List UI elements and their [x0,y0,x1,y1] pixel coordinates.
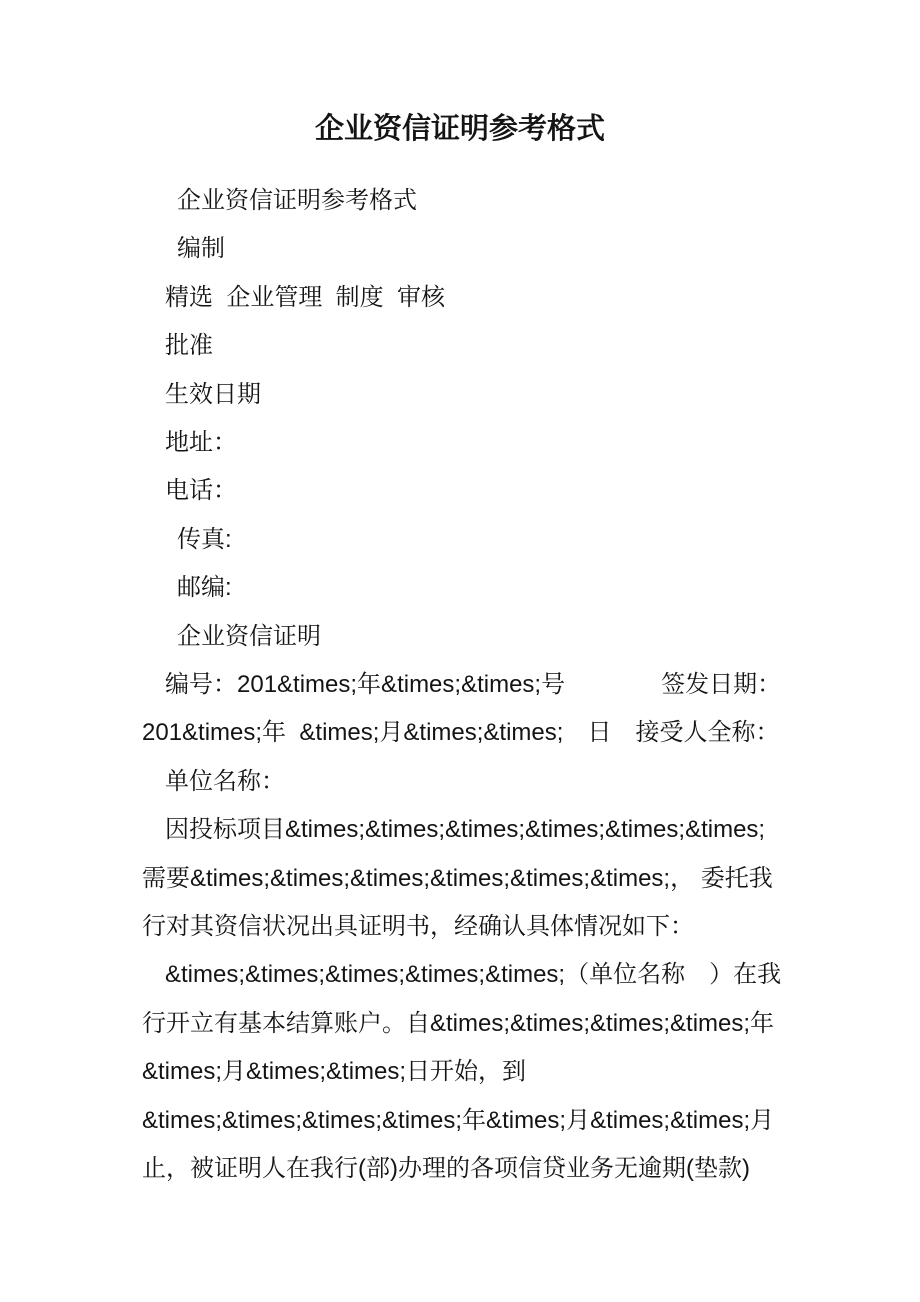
document-line-11: 编号：201&times;年&times;&times;号 签发日期： [165,670,781,700]
document-line-7: 电话： [165,476,237,506]
document-line-3: 精选 企业管理 制度 审核 [165,283,445,313]
document-line-2: 编制 [177,234,225,264]
document-line-19: &times;月&times;&times;日开始，到 [142,1057,526,1087]
document-page: 企业资信证明参考格式 企业资信证明参考格式编制精选 企业管理 制度 审核批准生效… [0,0,920,1302]
document-line-18: 行开立有基本结算账户。自&times;&times;&times;&times;… [142,1009,774,1039]
document-line-15: 需要&times;&times;&times;&times;&times;&ti… [142,864,773,894]
document-line-1: 企业资信证明参考格式 [177,186,417,216]
document-line-6: 地址： [165,428,237,458]
document-line-5: 生效日期 [165,380,261,410]
document-line-16: 行对其资信状况出具证明书，经确认具体情况如下： [142,912,694,942]
document-title: 企业资信证明参考格式 [0,108,920,150]
document-line-14: 因投标项目&times;&times;&times;&times;&times;… [165,815,765,845]
document-line-10: 企业资信证明 [177,622,321,652]
document-line-21: 止，被证明人在我行(部)办理的各项信贷业务无逾期(垫款) [142,1154,750,1184]
document-line-9: 邮编: [177,573,232,603]
document-line-4: 批准 [165,331,213,361]
document-line-13: 单位名称： [165,767,285,797]
document-line-17: &times;&times;&times;&times;&times;（单位名称… [165,960,781,990]
document-line-12: 201&times;年 &times;月&times;&times; 日 接受人… [142,718,779,748]
document-line-20: &times;&times;&times;&times;年&times;月&ti… [142,1106,774,1136]
document-line-8: 传真: [177,525,232,555]
